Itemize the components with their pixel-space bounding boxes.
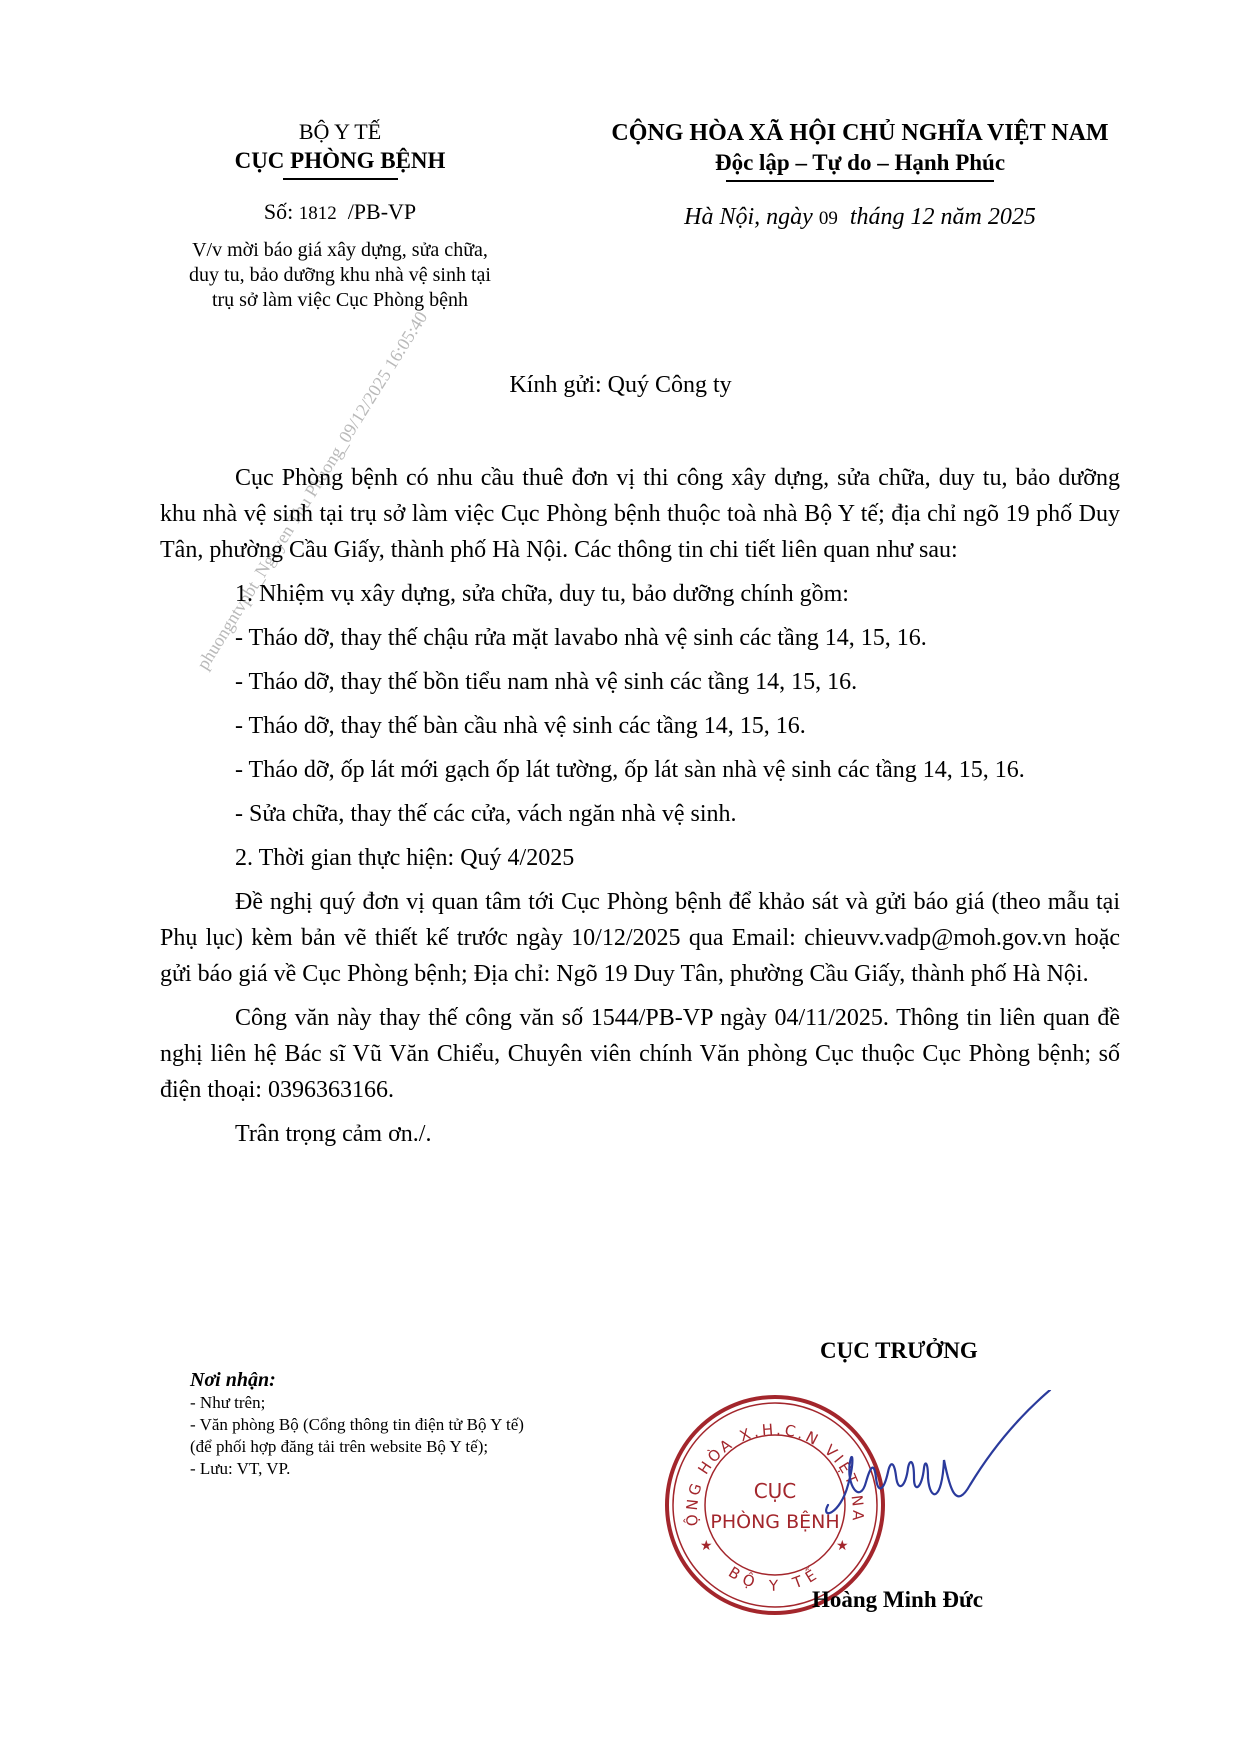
intro-paragraph: Cục Phòng bệnh có nhu cầu thuê đơn vị th… xyxy=(160,460,1120,568)
task-item: - Tháo dỡ, ốp lát mới gạch ốp lát tường,… xyxy=(160,752,1120,788)
recipient-item: - Văn phòng Bộ (Cổng thông tin điện tử B… xyxy=(190,1414,670,1436)
recipients-block: Nơi nhận: - Như trên; - Văn phòng Bộ (Cổ… xyxy=(190,1368,670,1480)
subject-line: duy tu, bảo dưỡng khu nhà vệ sinh tại xyxy=(150,263,530,288)
task-item: - Tháo dỡ, thay thế bàn cầu nhà vệ sinh … xyxy=(160,708,1120,744)
letter-body: Cục Phòng bệnh có nhu cầu thuê đơn vị th… xyxy=(160,460,1120,1152)
section-1-title: 1. Nhiệm vụ xây dựng, sửa chữa, duy tu, … xyxy=(160,576,1120,612)
issue-date: Hà Nội, ngày 09 tháng 12 năm 2025 xyxy=(560,204,1160,231)
signer-title: CỤC TRƯỞNG xyxy=(820,1338,978,1364)
department-underline xyxy=(283,178,398,180)
salutation: Kính gửi: Quý Công ty xyxy=(0,372,1241,399)
seal-star-icon: ★ xyxy=(836,1539,849,1554)
section-2-timeline: 2. Thời gian thực hiện: Quý 4/2025 xyxy=(160,840,1120,876)
task-item: - Sửa chữa, thay thế các cửa, vách ngăn … xyxy=(160,796,1120,832)
subject-line: trụ sở làm việc Cục Phòng bệnh xyxy=(150,288,530,313)
handwritten-signature-icon xyxy=(810,1390,1060,1540)
date-suffix: tháng 12 năm 2025 xyxy=(850,204,1036,230)
doc-number-label: Số: xyxy=(264,199,293,224)
recipient-item: - Lưu: VT, VP. xyxy=(190,1458,670,1480)
doc-number-suffix: /PB-VP xyxy=(348,199,416,224)
document-number: Số: 1812 /PB-VP xyxy=(150,198,530,228)
task-item: - Tháo dỡ, thay thế bồn tiểu nam nhà vệ … xyxy=(160,664,1120,700)
doc-number-value: 1812 xyxy=(299,203,337,224)
date-day: 09 xyxy=(819,208,838,229)
subject-line: V/v mời báo giá xây dựng, sửa chữa, xyxy=(150,238,530,263)
national-motto: Độc lập – Tự do – Hạnh Phúc xyxy=(715,148,1005,178)
national-header: CỘNG HÒA XÃ HỘI CHỦ NGHĨA VIỆT NAM Độc l… xyxy=(560,118,1160,231)
closing-line: Trân trọng cảm ơn./. xyxy=(160,1116,1120,1152)
motto-underline xyxy=(726,180,994,182)
seal-star-icon: ★ xyxy=(700,1539,713,1554)
country-name: CỘNG HÒA XÃ HỘI CHỦ NGHĨA VIỆT NAM xyxy=(560,118,1160,148)
recipient-item: (để phối hợp đăng tải trên website Bộ Y … xyxy=(190,1436,670,1458)
task-item: - Tháo dỡ, thay thế chậu rửa mặt lavabo … xyxy=(160,620,1120,656)
ministry-name: BỘ Y TẾ xyxy=(150,118,530,146)
recipients-title: Nơi nhận: xyxy=(190,1368,670,1392)
subject: V/v mời báo giá xây dựng, sửa chữa, duy … xyxy=(150,238,530,313)
recipient-item: - Như trên; xyxy=(190,1392,670,1414)
request-paragraph: Đề nghị quý đơn vị quan tâm tới Cục Phòn… xyxy=(160,884,1120,992)
seal-inner-line1: CỤC xyxy=(754,1479,797,1503)
department-name: CỤC PHÒNG BỆNH xyxy=(150,146,530,176)
signer-name: Hoàng Minh Đức xyxy=(812,1587,983,1613)
date-prefix: Hà Nội, ngày xyxy=(684,204,813,230)
replacement-paragraph: Công văn này thay thế công văn số 1544/P… xyxy=(160,1000,1120,1108)
issuer-header: BỘ Y TẾ CỤC PHÒNG BỆNH Số: 1812 /PB-VP V… xyxy=(150,118,530,313)
